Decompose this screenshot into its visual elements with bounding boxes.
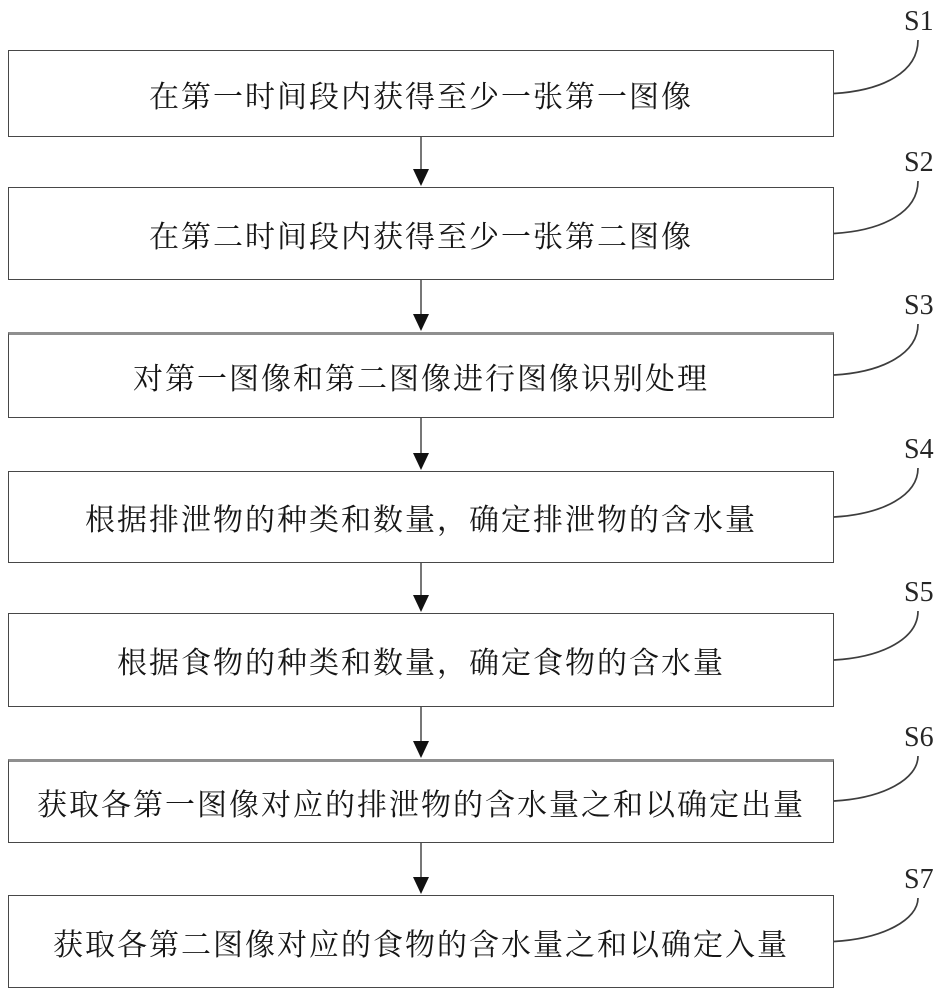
flow-step-text-3: 对第一图像和第二图像进行图像识别处理 bbox=[133, 354, 709, 398]
flow-step-text-7: 获取各第二图像对应的食物的含水量之和以确定入量 bbox=[53, 920, 789, 964]
arrowhead-icon bbox=[413, 877, 429, 894]
flow-arrow-2 bbox=[413, 280, 429, 331]
flow-step-box-2: 在第二时间段内获得至少一张第二图像 bbox=[8, 187, 834, 280]
step-label-s3: S3 bbox=[904, 290, 949, 322]
leader-line-s2 bbox=[834, 181, 918, 234]
flow-step-box-3: 对第一图像和第二图像进行图像识别处理 bbox=[8, 332, 834, 418]
flow-step-text-6: 获取各第一图像对应的排泄物的含水量之和以确定出量 bbox=[37, 780, 805, 824]
flow-arrow-3 bbox=[413, 418, 429, 470]
patent-flowchart: 在第一时间段内获得至少一张第一图像 S1 在第二时间段内获得至少一张第二图像 S… bbox=[0, 0, 949, 1000]
flow-arrow-1 bbox=[413, 137, 429, 186]
leader-line-s1 bbox=[834, 40, 918, 94]
leader-line-s6 bbox=[834, 756, 918, 801]
flow-step-text-2: 在第二时间段内获得至少一张第二图像 bbox=[149, 212, 693, 256]
flow-arrow-4 bbox=[413, 563, 429, 612]
flow-step-box-7: 获取各第二图像对应的食物的含水量之和以确定入量 bbox=[8, 895, 834, 988]
flow-step-box-1: 在第一时间段内获得至少一张第一图像 bbox=[8, 50, 834, 137]
step-label-s7: S7 bbox=[904, 864, 949, 896]
arrowhead-icon bbox=[413, 595, 429, 612]
flow-step-box-5: 根据食物的种类和数量，确定食物的含水量 bbox=[8, 613, 834, 707]
flow-step-text-1: 在第一时间段内获得至少一张第一图像 bbox=[149, 72, 693, 116]
step-label-s5: S5 bbox=[904, 577, 949, 609]
arrowhead-icon bbox=[413, 453, 429, 470]
flow-step-box-4: 根据排泄物的种类和数量，确定排泄物的含水量 bbox=[8, 471, 834, 563]
arrowhead-icon bbox=[413, 314, 429, 331]
flow-arrow-6 bbox=[413, 843, 429, 894]
step-label-s6: S6 bbox=[904, 722, 949, 754]
flow-arrow-5 bbox=[413, 707, 429, 758]
flow-step-text-4: 根据排泄物的种类和数量，确定排泄物的含水量 bbox=[85, 495, 757, 539]
leader-line-s5 bbox=[834, 611, 918, 660]
arrowhead-icon bbox=[413, 169, 429, 186]
step-label-s2: S2 bbox=[904, 147, 949, 179]
flow-step-box-6: 获取各第一图像对应的排泄物的含水量之和以确定出量 bbox=[8, 759, 834, 843]
arrowhead-icon bbox=[413, 741, 429, 758]
step-label-s4: S4 bbox=[904, 434, 949, 466]
leader-line-s4 bbox=[834, 468, 918, 517]
step-label-s1: S1 bbox=[904, 6, 949, 38]
leader-line-s7 bbox=[834, 898, 918, 942]
flow-step-text-5: 根据食物的种类和数量，确定食物的含水量 bbox=[117, 638, 725, 682]
leader-line-s3 bbox=[834, 324, 918, 375]
